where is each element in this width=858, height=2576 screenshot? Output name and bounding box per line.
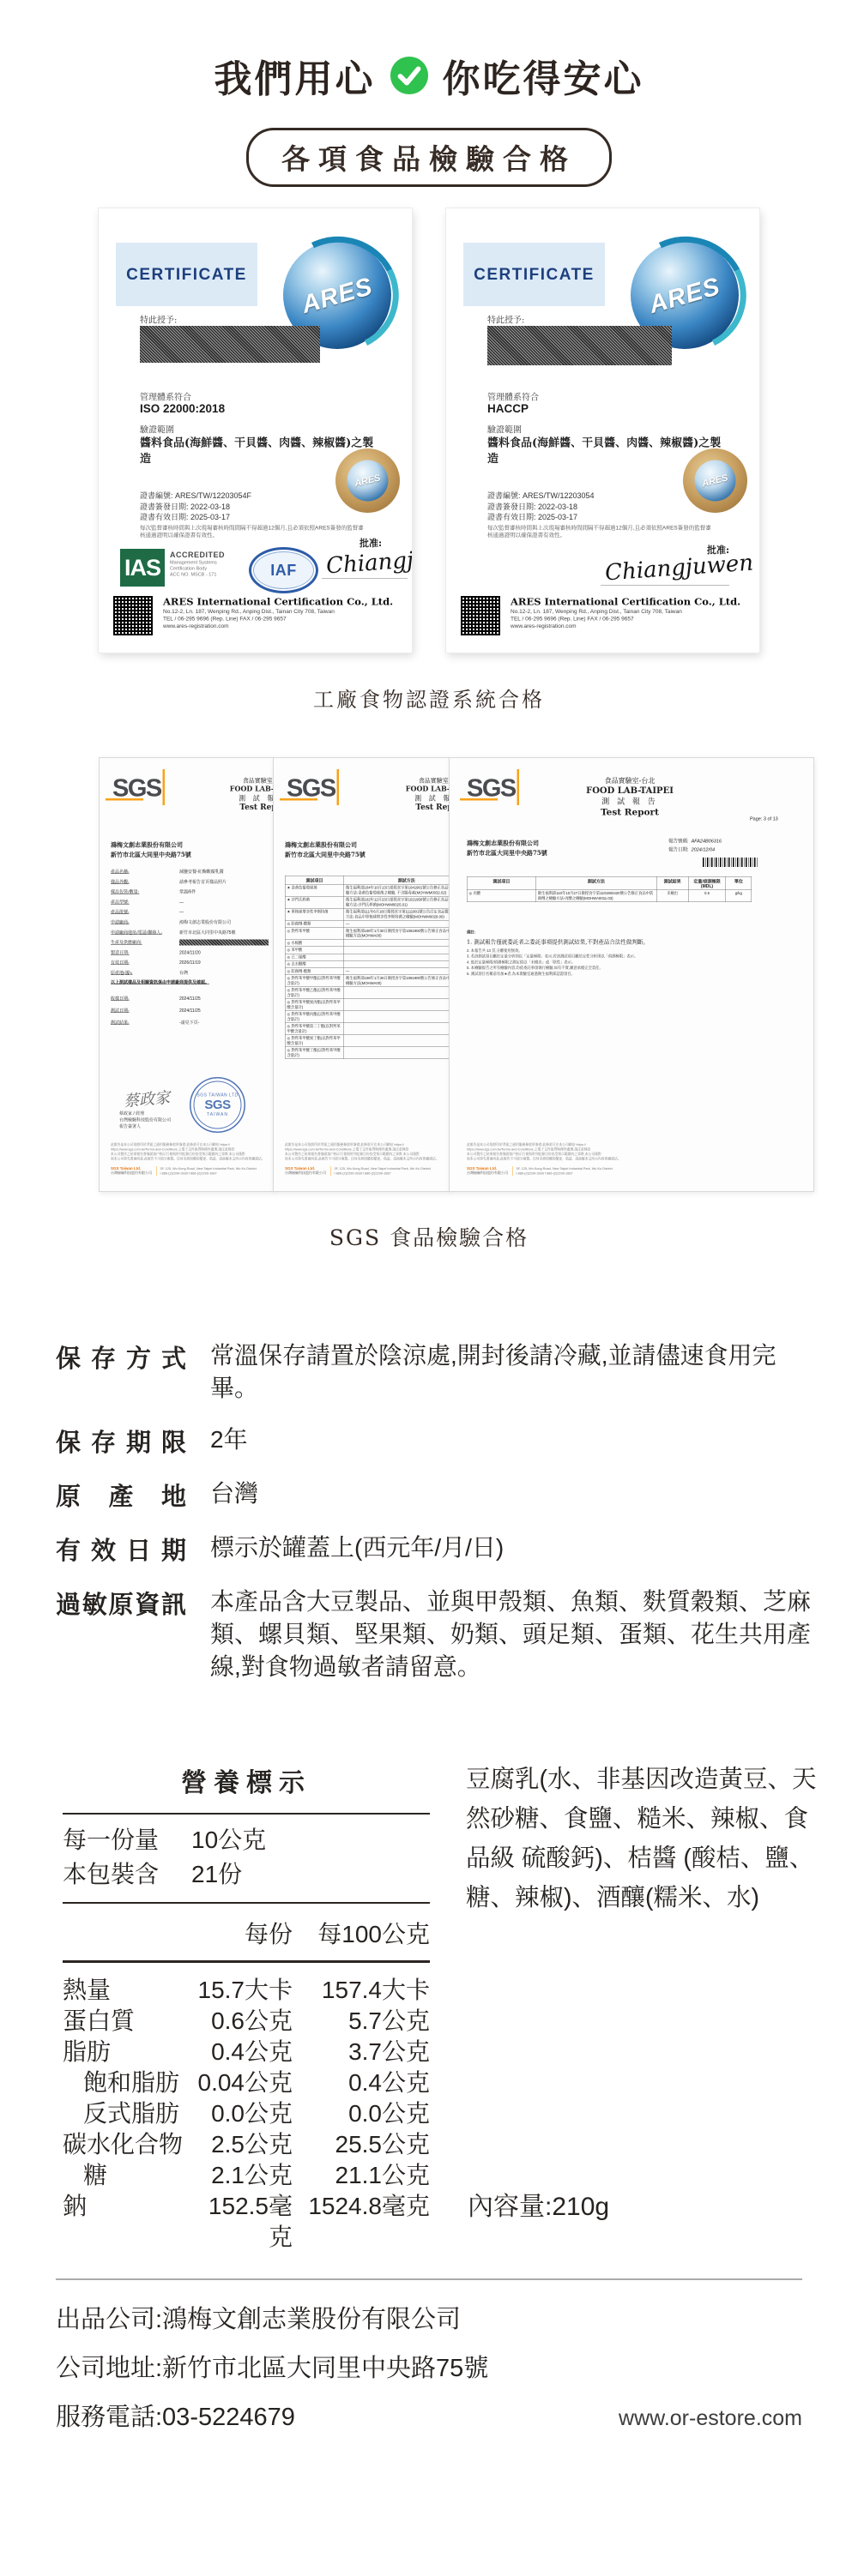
report-header: 食品實驗室-台北 FOOD LAB-TAIPEI 測 試 報 告 Test Re… bbox=[215, 776, 275, 812]
signature-line bbox=[322, 578, 408, 579]
system-label: 管理體系符合 bbox=[487, 390, 539, 403]
test-item-row: ◎ 防腐劑-酯類 — bbox=[285, 968, 450, 975]
terms-fine-print: 此報告是本公司依照印於背面之通用服務條款所簽發,此條款可在本公司網站 https… bbox=[467, 1142, 793, 1161]
ias-logo: IAS bbox=[120, 549, 165, 587]
sample-field-row: 製造日期: 2024/11/20 bbox=[111, 948, 269, 958]
product-info-page: 我們用心 你吃得安心 各項食品檢驗合格 CERTIFICATE ARES 特此授… bbox=[0, 0, 858, 2576]
notes-title: 備註: bbox=[467, 930, 784, 936]
awarded-label: 特此授予: bbox=[140, 313, 177, 326]
inspection-badge: 各項食品檢驗合格 bbox=[246, 128, 612, 187]
sgs-logo: SGS bbox=[112, 773, 161, 803]
sample-field-row: 原產地(國): 台灣 bbox=[111, 968, 269, 978]
info-value: 2年 bbox=[210, 1423, 811, 1459]
date-fields: 收樣日期: 2024/11/25 測試日期: 2024/11/25 測試結果: … bbox=[111, 993, 269, 1029]
test-item-row: ◎ 防腐劑-酸類 — bbox=[285, 920, 450, 927]
test-item-row: ◎ 已二烯酸 bbox=[285, 954, 450, 960]
qr-code bbox=[113, 596, 153, 635]
checkmark-icon bbox=[390, 56, 429, 95]
approver-signature: Chiangjuwen bbox=[604, 550, 754, 586]
terms-fine-print: 此報告是本公司依照印於背面之通用服務條款所簽發,此條款可在本公司網站 https… bbox=[285, 1142, 445, 1161]
test-item-row: ◎ 對羥苯甲酸乙酯(以對羥苯甲酸含量計) bbox=[285, 987, 450, 999]
nutrient-name: 脂肪 bbox=[63, 2037, 194, 2067]
sgs-logo: SGS bbox=[287, 773, 335, 803]
sample-field-row: 生產及供應廠商: bbox=[111, 938, 269, 948]
info-label: 過敏原資訊 bbox=[56, 1586, 186, 1683]
info-row: 保存期限 2年 bbox=[56, 1423, 811, 1459]
sample-field-row: 申請廠商: 鴻梅文創志業股份有限公司 bbox=[111, 918, 269, 928]
report-header: 食品實驗室-台北 FOOD LAB-TAIPEI 測 試 報 告 Test Re… bbox=[391, 776, 450, 812]
valid-date: 證書有效日期: 2025-03-17 bbox=[140, 511, 230, 522]
page-header: 我們用心 你吃得安心 bbox=[0, 48, 858, 103]
report-date: 2024/12/04 bbox=[692, 847, 716, 852]
certificate-note: 每次監督審核時間與上次現場審核時間間隔不得超過12個月,且必須依照ARES簽發的… bbox=[487, 524, 715, 539]
nutrient-per-serving: 0.04公克 bbox=[194, 2067, 293, 2098]
client-block: 鴻梅文創志業股份有限公司 新竹市北區大同里中央路75號 bbox=[111, 840, 191, 860]
signer-name: 蔡政家 / 經理 bbox=[119, 1110, 171, 1117]
info-label: 原產地 bbox=[56, 1478, 186, 1513]
terms-fine-print: 此報告是本公司依照印於背面之通用服務條款所簽發,此條款可在本公司網站 https… bbox=[111, 1142, 269, 1161]
client-name: 鴻梅文創志業股份有限公司 bbox=[285, 840, 366, 851]
result-method: 衛生福利部110年10月27日衛授食字第1101902420號公告修正食品中防腐… bbox=[535, 890, 656, 902]
nutrient-per-100g: 21.1公克 bbox=[293, 2160, 430, 2191]
sgs-taiwan-stamp: SGS TAIWAN LTD SGS TAIWAN bbox=[190, 1077, 245, 1133]
nutrient-name: 熱量 bbox=[63, 1975, 194, 2006]
nutrient-per-100g: 5.7公克 bbox=[293, 2006, 430, 2037]
product-info-list: 保存方式 常溫保存請置於陰涼處,開封後請冷藏,並請儘速食用完畢。 保存期限 2年… bbox=[56, 1339, 811, 1702]
issuer-address: No.12-2, Ln. 187, Wenping Rd., Anping Di… bbox=[511, 608, 742, 616]
test-item-row: ◎ 對羥苯甲酸第二丁酯(以對羥苯甲酸含量計) bbox=[285, 1023, 450, 1035]
client-address: 新竹市北區大同里中央路75號 bbox=[111, 851, 191, 861]
test-item-row: ◎ 對羥苯甲酸異丁酯(以對羥苯甲酸含量計) bbox=[285, 1035, 450, 1047]
info-label: 有效日期 bbox=[56, 1532, 186, 1567]
report-number: AFA24B06316 bbox=[692, 839, 722, 844]
nutrient-per-100g: 3.7公克 bbox=[293, 2037, 430, 2067]
col-per-100g: 每100公克 bbox=[293, 1916, 430, 1950]
result-unit: g/kg bbox=[726, 890, 752, 902]
test-item-row: ◎ 對羥苯甲酸丁酯(以對羥苯甲酸含量計) bbox=[285, 1047, 450, 1059]
certificate-number: 證書編號: ARES/TW/12203054 bbox=[487, 490, 595, 501]
certificate-haccp: CERTIFICATE ARES 特此授予: 管理體系符合 HACCP 驗證範圍… bbox=[446, 208, 759, 653]
report-footer: SGS Taiwan Ltd. 台灣檢驗科技股份有限公司 3F, 125, Wu… bbox=[285, 1166, 431, 1176]
nutrient-per-serving: 15.7大卡 bbox=[194, 1975, 293, 2006]
info-value: 本產品含大豆製品、並與甲殼類、魚類、麩質穀類、芝麻類、螺貝類、堅果類、奶類、頭足… bbox=[210, 1586, 811, 1683]
gold-seal: ARES bbox=[683, 448, 747, 513]
service-phone: 服務電話:03-5224679 bbox=[56, 2404, 295, 2431]
client-address: 新竹市北區大同里中央路75號 bbox=[467, 849, 547, 859]
sample-field-row: 產品批號: — bbox=[111, 907, 269, 918]
report-footer: SGS Taiwan Ltd. 台灣檢驗科技股份有限公司 3F, 125, Wu… bbox=[467, 1166, 613, 1176]
fine-print-line: 原本公司事先書面同意,此報告不可部分複製。任何未經授權的變更、偽造、或曲解本文所… bbox=[467, 1157, 793, 1162]
report-footer: SGS Taiwan Ltd. 台灣檢驗科技股份有限公司 3F, 125, Wu… bbox=[111, 1166, 257, 1176]
qr-code bbox=[461, 596, 500, 635]
client-name: 鴻梅文創志業股份有限公司 bbox=[111, 840, 191, 851]
nutrition-title: 營養標示 bbox=[63, 1761, 430, 1799]
net-weight: 內容量:210g bbox=[468, 2185, 609, 2223]
report-notes: 備註: 1. 測試報告僅就委託者之委託事項提供測試結果,不對產品合法性做判斷。 … bbox=[467, 930, 784, 977]
nutrient-per-serving: 2.1公克 bbox=[194, 2160, 293, 2191]
barcode bbox=[703, 858, 758, 867]
test-item-row: ◎ 對羥苯甲酸 衛生福利部108年1月30日衛授食字第1081900號公告修正食… bbox=[285, 928, 450, 940]
sample-field-row: 產品型號: — bbox=[111, 897, 269, 907]
issuer-address: No.12-2, Ln. 187, Wenping Rd., Anping Di… bbox=[163, 608, 395, 616]
nutrient-per-100g: 157.4大卡 bbox=[293, 1975, 430, 2006]
signer-role: 報告簽署人 bbox=[119, 1123, 171, 1130]
test-item-row: ★ 單核球增多性李斯特菌 衛生福利部111年6月18日衛授食字第1111901號… bbox=[285, 908, 450, 920]
fine-print-line: 原本公司事先書面同意,此報告不可部分複製。任何未經授權的變更、偽造、或曲解本文所… bbox=[285, 1157, 445, 1162]
sgs-report-page-3: SGS 食品實驗室-台北 FOOD LAB-TAIPEI 測 試 報 告 Tes… bbox=[449, 757, 814, 1192]
nutrient-per-100g: 0.4公克 bbox=[293, 2067, 430, 2098]
valid-date: 證書有效日期: 2025-03-17 bbox=[487, 511, 577, 522]
nutrient-per-100g: 1524.8毫克 bbox=[293, 2191, 430, 2253]
info-label: 保存期限 bbox=[56, 1423, 186, 1459]
client-name: 鴻梅文創志業股份有限公司 bbox=[467, 839, 547, 849]
certificate-title: CERTIFICATE bbox=[126, 265, 247, 284]
nutrient-row: 飽和脂肪 0.04公克 0.4公克 bbox=[63, 2067, 430, 2098]
nutrient-per-serving: 0.0公克 bbox=[194, 2098, 293, 2129]
issuer-name: ARES International Certification Co., Lt… bbox=[511, 596, 740, 608]
nutrient-name: 反式脂肪 bbox=[63, 2098, 194, 2129]
date-field-row: 測試結果: -請見下頁- bbox=[111, 1017, 269, 1029]
test-item-row: ◎ 去水醋酸 bbox=[285, 960, 450, 967]
client-block: 鴻梅文創志業股份有限公司 新竹市北區大同里中央路75號 bbox=[467, 839, 547, 858]
nutrition-label: 營養標示 每一份量 10公克 本包裝含 21份 每份 每100公克 熱量 15.… bbox=[63, 1761, 430, 2253]
nutrient-per-serving: 2.5公克 bbox=[194, 2129, 293, 2160]
sample-field-row: 申請廠商地址/電話/聯絡人: 新竹市北區大同里中央路75號 bbox=[111, 928, 269, 938]
note-line: 5. 本檢驗報告之所有檢驗內容,均依委託事項執行檢驗,如有不實,願意承擔完全責任… bbox=[467, 966, 784, 972]
certificates-caption: 工廠食物認證系統合格 bbox=[0, 683, 858, 713]
nutrient-name: 糖 bbox=[63, 2160, 194, 2191]
ingredients-text: 豆腐乳(水、非基因改造黃豆、天然砂糖、食鹽、糙米、辣椒、食品級 硫酸鈣)、桔醬 … bbox=[466, 1760, 818, 1917]
info-row: 過敏原資訊 本產品含大豆製品、並與甲殼類、魚類、麩質穀類、芝麻類、螺貝類、堅果類… bbox=[56, 1586, 811, 1683]
note-line: 6. 測試項目名稱前有加★者,為本實驗室通過衛生福利部認證項目。 bbox=[467, 971, 784, 977]
signature-line bbox=[601, 585, 729, 586]
issuer-block: ARES International Certification Co., Lt… bbox=[163, 596, 395, 629]
ias-accredited-block: ACCREDITED Management Systems Certificat… bbox=[170, 551, 243, 578]
nutrient-name: 碳水化合物 bbox=[63, 2129, 194, 2160]
test-item-row: ◎ 水楊酸 bbox=[285, 940, 450, 947]
result-value: 未檢出 bbox=[656, 890, 688, 902]
test-item-row: ★ 金黃色葡萄球菌 衛生福利部104年10月13日部授食字第1041901號公告… bbox=[285, 884, 450, 896]
nutrient-row: 蛋白質 0.6公克 5.7公克 bbox=[63, 2006, 430, 2037]
sample-field-row: 產品名稱: 減鹽安餐-紅麴酸腐乳醬 bbox=[111, 867, 269, 877]
issuer-name: ARES International Certification Co., Lt… bbox=[163, 596, 393, 608]
nutrient-per-serving: 0.6公克 bbox=[194, 2006, 293, 2037]
note-1: 1. 測試報告僅就委託者之委託事項提供測試結果,不對產品合法性做判斷。 bbox=[467, 937, 784, 946]
certificate-iso22000: CERTIFICATE ARES 特此授予: 管理體系符合 ISO 22000:… bbox=[99, 208, 412, 653]
nutrient-name: 鈉 bbox=[63, 2191, 194, 2253]
sample-field-row: 有效日期: 2026/11/19 bbox=[111, 958, 269, 968]
approve-label: 批准: bbox=[360, 536, 382, 550]
system-label: 管理體系符合 bbox=[140, 390, 191, 403]
certificate-note: 每次監督審核時間與上次現場審核時間間隔不得超過12個月,且必須依照ARES簽發的… bbox=[140, 524, 367, 539]
test-item-row: ◎ 苯甲酸 bbox=[285, 947, 450, 954]
info-row: 原產地 台灣 bbox=[56, 1478, 811, 1513]
company-address: 公司地址:新竹市北區大同里中央路75號 bbox=[56, 2349, 802, 2384]
nutrition-column-headers: 每份 每100公克 bbox=[63, 1904, 430, 1960]
fine-print-line: 原本公司事先書面同意,此報告不可部分複製。任何未經授權的變更、偽造、或曲解本文所… bbox=[111, 1157, 269, 1162]
header-title-left: 我們用心 bbox=[214, 48, 376, 103]
info-value: 台灣 bbox=[210, 1478, 811, 1513]
info-row: 保存方式 常溫保存請置於陰涼處,開封後請冷藏,並請儘速食用完畢。 bbox=[56, 1339, 811, 1405]
col-test-item: 測試項目 bbox=[285, 876, 344, 884]
col-test-method: 測試方法 bbox=[344, 876, 450, 884]
nutrient-per-serving: 152.5毫克 bbox=[194, 2191, 293, 2253]
footer-divider bbox=[56, 2278, 802, 2280]
signer-org: 台灣檢驗科技股份有限公司 bbox=[119, 1117, 171, 1124]
note-line: 2. 本報告共 13 頁,分離使用無效。 bbox=[467, 948, 784, 954]
nutrient-row: 糖 2.1公克 21.1公克 bbox=[63, 2160, 430, 2191]
result-table: 測試項目 測試方法 測試結果 定量/偵測極限(MDL) 單位 ◎ 丙酸 衛生福利… bbox=[467, 876, 752, 902]
nutrient-per-100g: 25.5公克 bbox=[293, 2129, 430, 2160]
redacted-company-name bbox=[487, 326, 672, 365]
sample-fields: 產品名稱: 減鹽安餐-紅麴酸腐乳醬 樣品外觀: 請參考報告首頁樣品照片 樣品包裝… bbox=[111, 867, 269, 978]
client-address: 新竹市北區大同里中央路75號 bbox=[285, 851, 366, 861]
report-meta: 報告號碼: AFA24B06316 報告日期: 2024/12/04 bbox=[668, 837, 722, 854]
result-row: ◎ 丙酸 衛生福利部110年10月27日衛授食字第1101902420號公告修正… bbox=[467, 890, 752, 902]
nutrient-per-serving: 0.4公克 bbox=[194, 2037, 293, 2067]
client-block: 鴻梅文創志業股份有限公司 新竹市北區大同里中央路75號 bbox=[285, 840, 366, 860]
certificate-title: CERTIFICATE bbox=[474, 265, 595, 284]
gold-seal: ARES bbox=[335, 448, 400, 513]
signer-script-signature: 蔡政家 bbox=[123, 1086, 171, 1111]
issuer-tel: TEL / 06-295 9696 (Rep. Line) FAX / 06-2… bbox=[511, 615, 742, 623]
nutrient-row: 鈉 152.5毫克 1524.8毫克 bbox=[63, 2191, 430, 2253]
header-title-right: 你吃得安心 bbox=[443, 48, 644, 103]
issuer-block: ARES International Certification Co., Lt… bbox=[511, 596, 742, 629]
standard-name: HACCP bbox=[487, 402, 529, 416]
producer-company: 出品公司:鴻梅文創志業股份有限公司 bbox=[56, 2300, 802, 2335]
result-item: ◎ 丙酸 bbox=[467, 890, 535, 902]
test-items-table: 測試項目 測試方法 ★ 金黃色葡萄球菌 衛生福利部104年10月13日部授食字第… bbox=[285, 876, 450, 1059]
note-line: 4. 低於定量極限/偵測極限之測定值以「未檢出」或「陰性」表示。 bbox=[467, 960, 784, 966]
info-row: 有效日期 標示於罐蓋上(西元年/月/日) bbox=[56, 1532, 811, 1567]
certificate-number: 證書編號: ARES/TW/12203054F bbox=[140, 490, 251, 501]
page-footer: 出品公司:鴻梅文創志業股份有限公司 公司地址:新竹市北區大同里中央路75號 服務… bbox=[56, 2300, 802, 2447]
awarded-label: 特此授予: bbox=[487, 313, 524, 326]
info-value: 標示於罐蓋上(西元年/月/日) bbox=[210, 1532, 811, 1567]
signer-block: 蔡政家 / 經理 台灣檢驗科技股份有限公司 報告簽署人 bbox=[119, 1110, 171, 1130]
sample-field-row: 樣品外觀: 請參考報告首頁樣品照片 bbox=[111, 877, 269, 888]
test-item-row: ◎ 對羥苯甲酸異丙酯(以對羥苯甲酸含量計) bbox=[285, 999, 450, 1011]
serving-size-row: 每一份量 10公克 bbox=[63, 1823, 430, 1857]
result-limit: 0.5 bbox=[688, 890, 726, 902]
certificate-title-band: CERTIFICATE bbox=[116, 243, 257, 306]
issuer-web: www.ares-registration.com bbox=[163, 623, 395, 630]
iaf-logo: IAF bbox=[249, 547, 318, 593]
nutrient-name: 蛋白質 bbox=[63, 2006, 194, 2037]
page-number: Page: 3 of 13 bbox=[750, 816, 778, 822]
date-field-row: 收樣日期: 2024/11/25 bbox=[111, 993, 269, 1005]
sgs-report-page-1: SGS 食品實驗室-台北 FOOD LAB-TAIPEI 測 試 報 告 Tes… bbox=[99, 757, 275, 1192]
info-value: 常溫保存請置於陰涼處,開封後請冷藏,並請儘速食用完畢。 bbox=[210, 1339, 811, 1405]
nutrient-row: 反式脂肪 0.0公克 0.0公克 bbox=[63, 2098, 430, 2129]
test-item-row: ★ 沙門氏桿菌 衛生福利部102年12月23日部授食字第1021950號公告修正… bbox=[285, 896, 450, 908]
date-field-row: 測試日期: 2024/11/25 bbox=[111, 1005, 269, 1017]
test-item-row: ◎ 對羥苯甲酸甲酯(以對羥苯甲酸含量計) 衛生福利部108年1月30日衛授食字第… bbox=[285, 975, 450, 987]
sample-field-row: 樣品包裝/數量: 常溫/6件 bbox=[111, 888, 269, 898]
redacted-company-name bbox=[140, 326, 320, 363]
sgs-report-page-2: SGS 食品實驗室-台北 FOOD LAB-TAIPEI 測 試 報 告 Tes… bbox=[273, 757, 450, 1192]
nutrient-per-100g: 0.0公克 bbox=[293, 2098, 430, 2129]
certificate-title-band: CERTIFICATE bbox=[463, 243, 605, 306]
test-item-row: ◎ 對羥苯甲酸丙酯(以對羥苯甲酸含量計) bbox=[285, 1011, 450, 1023]
issuer-web: www.ares-registration.com bbox=[511, 623, 742, 630]
sgs-caption: SGS 食品檢驗合格 bbox=[0, 1221, 858, 1252]
nutrient-row: 碳水化合物 2.5公克 25.5公克 bbox=[63, 2129, 430, 2160]
servings-per-pack-row: 本包裝含 21份 bbox=[63, 1857, 430, 1892]
info-label: 保存方式 bbox=[56, 1339, 186, 1405]
issuer-tel: TEL / 06-295 9696 (Rep. Line) FAX / 06-2… bbox=[163, 615, 395, 623]
confirmation-note: 以上測試樣品及相關資訊係由申請廠商提供及確認。 bbox=[111, 978, 209, 985]
standard-name: ISO 22000:2018 bbox=[140, 402, 225, 416]
website-url: www.or-estore.com bbox=[619, 2406, 802, 2431]
report-header: 食品實驗室-台北 FOOD LAB-TAIPEI 測 試 報 告 Test Re… bbox=[557, 775, 703, 817]
note-line: 3. 若該測試項目屬於定量分析則以「定量極限」表示;若該測試項目屬於定性分析則以… bbox=[467, 954, 784, 960]
nutrient-name: 飽和脂肪 bbox=[63, 2067, 194, 2098]
nutrition-rows: 熱量 15.7大卡 157.4大卡 蛋白質 0.6公克 5.7公克 脂肪 0.4… bbox=[63, 1975, 430, 2253]
col-per-serving: 每份 bbox=[194, 1916, 293, 1950]
sgs-logo: SGS bbox=[467, 773, 516, 803]
nutrient-row: 熱量 15.7大卡 157.4大卡 bbox=[63, 1975, 430, 2006]
nutrient-row: 脂肪 0.4公克 3.7公克 bbox=[63, 2037, 430, 2067]
